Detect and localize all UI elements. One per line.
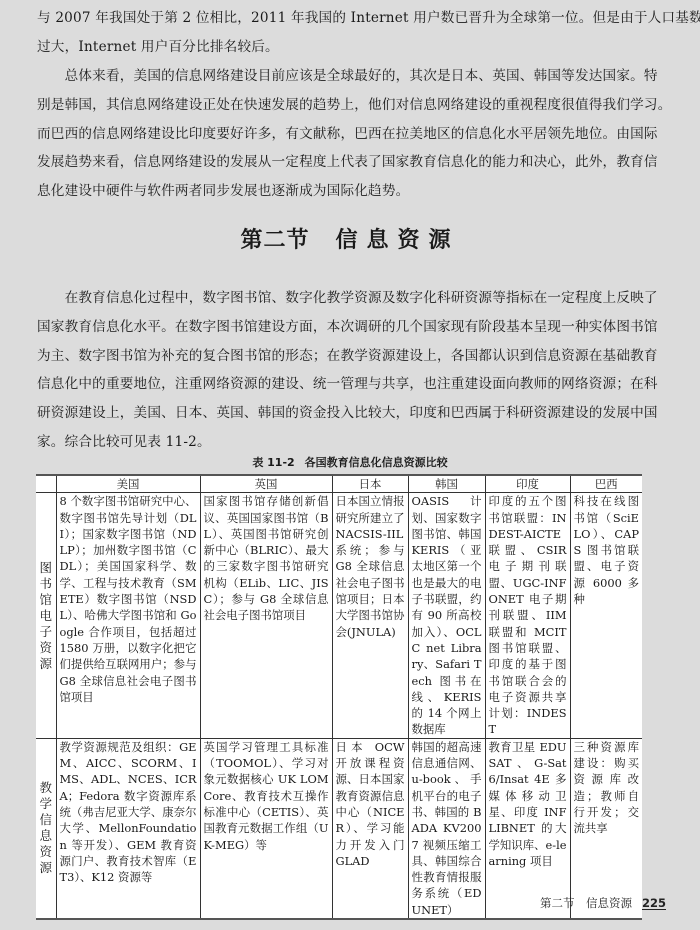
text-line: 国家教育信息化水平。在数字图书馆建设方面，本次调研的几个国家现有阶段基本呈现一种… bbox=[37, 313, 639, 342]
comparison-table: 美国 英国 日本 韩国 印度 巴西 图书馆电子资源 8 个数字图书馆研究中心、数… bbox=[36, 474, 642, 920]
table-cell-brazil: 科技在线图书馆（SciELO）、CAPS 图书馆联盟、电子资源 6000 多种 bbox=[570, 493, 642, 738]
column-header-korea: 韩国 bbox=[408, 475, 485, 493]
row-label: 图书馆电子资源 bbox=[39, 560, 53, 672]
table-row-library: 图书馆电子资源 8 个数字图书馆研究中心、数字图书馆先导计划（DLI）；国家数字… bbox=[36, 493, 642, 738]
text-line: 家。综合比较可见表 11-2。 bbox=[37, 428, 639, 457]
footer-section-label: 第二节 信息资源 bbox=[540, 896, 632, 910]
column-header-brazil: 巴西 bbox=[570, 475, 642, 493]
table-cell-india: 教育卫星 EDUSAT、G-Sat 6/Insat 4E 多媒体移动卫星、印度 … bbox=[485, 738, 570, 919]
paragraph-internet-users: 与 2007 年我国处于第 2 位相比，2011 年我国的 Internet 用… bbox=[37, 4, 639, 62]
table-header-row: 美国 英国 日本 韩国 印度 巴西 bbox=[36, 475, 642, 493]
row-header: 图书馆电子资源 bbox=[36, 493, 56, 738]
section-heading: 第二节信息资源 bbox=[0, 223, 700, 254]
table-cell-uk: 英国学习管理工具标准（TOOMOL）、学习对象元数据核心 UK LOM Core… bbox=[200, 738, 332, 919]
text-line: 过大，Internet 用户百分比排名较后。 bbox=[37, 33, 639, 62]
row-label: 教学信息资源 bbox=[39, 780, 53, 876]
table-caption: 表 11-2各国教育信息化信息资源比较 bbox=[0, 454, 700, 470]
table-cell-brazil: 三种资源库建设：购买资源库改造；教师自行开发；交流共享 bbox=[570, 738, 642, 919]
table-cell-korea: 韩国的超高速信息通信网、u-book、手机平台的电子书、韩国的 BADA KV2… bbox=[408, 738, 485, 919]
column-header-blank bbox=[36, 475, 56, 493]
table-title: 各国教育信息化信息资源比较 bbox=[305, 456, 448, 469]
text-line: 而巴西的信息网络建设比印度要好许多，有文献称，巴西在拉美地区的信息化水平居领先地… bbox=[37, 120, 639, 149]
text-line: 发展趋势来看，信息网络建设的发展从一定程度上代表了国家教育信息化的能力和决心，此… bbox=[37, 148, 639, 177]
table-cell-usa: 教学资源规范及组织：GEM、AICC、SCORM、IMS、ADL、NCES、IC… bbox=[56, 738, 200, 919]
row-header: 教学信息资源 bbox=[36, 738, 56, 919]
column-header-uk: 英国 bbox=[200, 475, 332, 493]
section-title: 信息资源 bbox=[336, 228, 460, 253]
table-row-teaching: 教学信息资源 教学资源规范及组织：GEM、AICC、SCORM、IMS、ADL、… bbox=[36, 738, 642, 919]
table-cell-usa: 8 个数字图书馆研究中心、数字图书馆先导计划（DLI）；国家数字图书馆（NDLP… bbox=[56, 493, 200, 738]
table-cell-uk: 国家图书馆存储创新倡议、英国国家图书馆（BL）、英国图书馆研究创新中心（BLRI… bbox=[200, 493, 332, 738]
text-line: 与 2007 年我国处于第 2 位相比，2011 年我国的 Internet 用… bbox=[37, 4, 639, 33]
column-header-japan: 日本 bbox=[332, 475, 408, 493]
text-line: 总体来看，美国的信息网络建设目前应该是全球最好的，其次是日本、英国、韩国等发达国… bbox=[37, 62, 639, 91]
column-header-usa: 美国 bbox=[56, 475, 200, 493]
table-cell-japan: 日本 OCW 开放课程资源、日本国家教育资源信息中心（NICER）、学习能力开发… bbox=[332, 738, 408, 919]
page-footer: 第二节 信息资源225 bbox=[540, 895, 666, 911]
section-number: 第二节 bbox=[240, 228, 309, 253]
table-number: 表 11-2 bbox=[252, 456, 294, 469]
table-cell-korea: OASIS 计划、国家数字图书馆、韩国 KERIS（亚太地区第一个也是最大的电子… bbox=[408, 493, 485, 738]
text-line: 息化建设中硬件与软件两者同步发展也逐渐成为国际化趋势。 bbox=[37, 177, 639, 206]
book-page: 与 2007 年我国处于第 2 位相比，2011 年我国的 Internet 用… bbox=[0, 0, 700, 930]
text-line: 别是韩国，其信息网络建设正处在快速发展的趋势上，他们对信息网络建设的重视程度很值… bbox=[37, 91, 639, 120]
text-line: 研资源建设上，美国、日本、英国、韩国的资金投入比较大，印度和巴西属于科研资源建设… bbox=[37, 399, 639, 428]
text-line: 信息化中的重要地位，注重网络资源的建设、统一管理与共享，也注重建设面向教师的网络… bbox=[37, 370, 639, 399]
page-number: 225 bbox=[642, 896, 666, 910]
column-header-india: 印度 bbox=[485, 475, 570, 493]
table-cell-japan: 日本国立情报研究所建立了 NACSIS-IIL 系统；参与 G8 全球信息社会电… bbox=[332, 493, 408, 738]
text-line: 在教育信息化过程中，数字图书馆、数字化教学资源及数字化科研资源等指标在一定程度上… bbox=[37, 284, 639, 313]
text-line: 为主、数字图书馆为补充的复合图书馆的形态；在教学资源建设上，各国都认识到信息资源… bbox=[37, 342, 639, 371]
table-cell-india: 印度的五个图书馆联盟：INDEST-AICTE 联盟、CSIR 电子期刊联盟、U… bbox=[485, 493, 570, 738]
paragraph-info-resources: 在教育信息化过程中，数字图书馆、数字化教学资源及数字化科研资源等指标在一定程度上… bbox=[37, 284, 639, 457]
paragraph-network-summary: 总体来看，美国的信息网络建设目前应该是全球最好的，其次是日本、英国、韩国等发达国… bbox=[37, 62, 639, 206]
